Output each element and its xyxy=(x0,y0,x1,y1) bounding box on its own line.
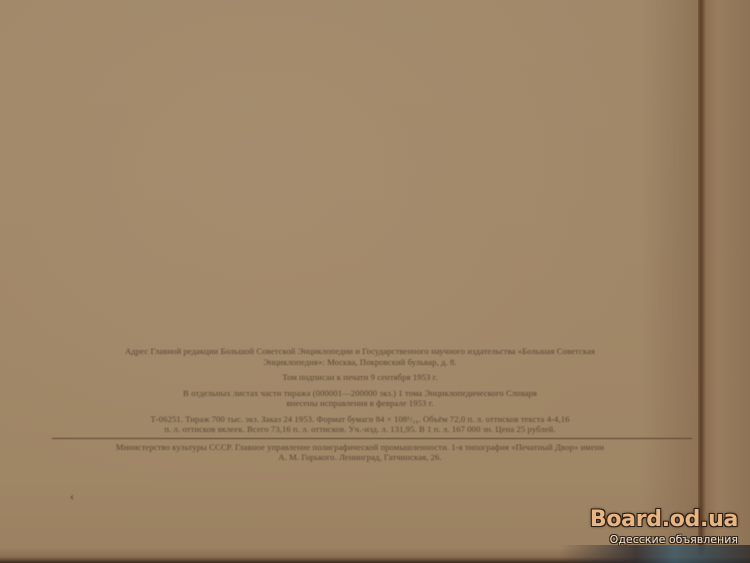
colophon-block: Адрес Главной редакции Большой Советской… xyxy=(30,346,690,463)
table-surface xyxy=(560,545,750,563)
errata-line-2: внесены исправления в феврале 1953 г. xyxy=(30,398,690,409)
page-gutter-shadow xyxy=(640,0,700,563)
watermark-subtitle: Одесские объявления xyxy=(590,533,738,546)
signed-to-print-line: Том подписан к печати 9 сентября 1953 г. xyxy=(30,372,690,383)
errata-line-1: В отдельных листах части тиража (000001—… xyxy=(30,388,690,399)
next-page-edge xyxy=(698,0,750,563)
printer-line-1: Министерство культуры СССР. Главное упра… xyxy=(30,442,690,453)
print-run-line-1: Т-06251. Тираж 700 тыс. экз. Заказ 24 19… xyxy=(30,414,690,425)
ink-mark: ‹ xyxy=(70,489,78,499)
editorial-address-line-1: Адрес Главной редакции Большой Советской… xyxy=(30,346,690,357)
watermark-title: Board.od.ua xyxy=(590,508,738,532)
print-run-line-2: п. л. оттисков вклеек. Всего 73,16 п. л.… xyxy=(30,424,690,435)
paper-page xyxy=(0,0,750,563)
editorial-address-line-2: Энциклопедия»: Москва, Покровский бульва… xyxy=(30,357,690,368)
printer-line-2: А. М. Горького. Ленинград, Гатчинская, 2… xyxy=(30,452,690,463)
watermark: Board.od.ua Одесские объявления xyxy=(590,508,738,546)
divider-rule xyxy=(52,438,692,439)
